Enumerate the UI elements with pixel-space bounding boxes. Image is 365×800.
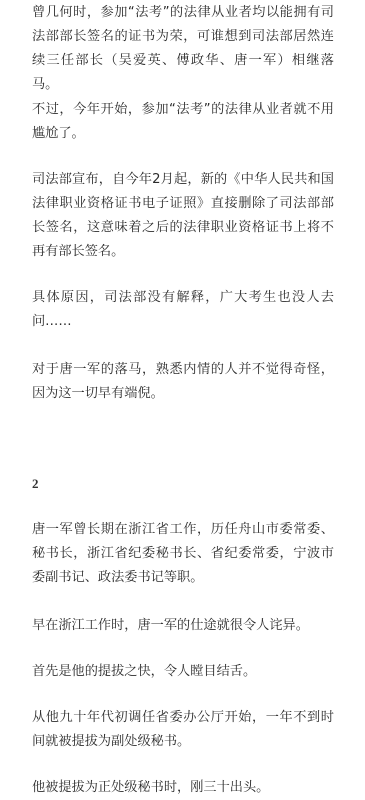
paragraph-7: 早在浙江工作时，唐一军的仕途就很令人诧异。	[32, 614, 334, 638]
paragraph-4: 具体原因，司法部没有解释，广大考生也没人去问……	[32, 286, 334, 334]
paragraph-2: 不过，今年开始，参加“法考”的法律从业者就不用尴尬了。	[32, 98, 334, 146]
paragraph-8: 首先是他的提拔之快，令人瞠目结舌。	[32, 660, 334, 684]
paragraph-5: 对于唐一军的落马，熟悉内情的人并不觉得奇怪，因为这一切早有端倪。	[32, 358, 334, 406]
paragraph-9: 从他九十年代初调任省委办公厅开始，一年不到时间就被提拔为副处级秘书。	[32, 706, 334, 754]
paragraph-1: 曾几何时，参加“法考”的法律从业者均以能拥有司法部部长签名的证书为荣，可谁想到司…	[32, 1, 334, 97]
paragraph-3: 司法部宣布，自今年2月起，新的《中华人民共和国法律职业资格证书电子证照》直接删除…	[32, 168, 334, 264]
paragraph-6: 唐一军曾长期在浙江省工作，历任舟山市委常委、秘书长，浙江省纪委秘书长、省纪委常委…	[32, 518, 334, 590]
section-number: 2	[32, 472, 39, 496]
paragraph-10: 他被提拔为正处级秘书时，刚三十出头。	[32, 776, 334, 800]
